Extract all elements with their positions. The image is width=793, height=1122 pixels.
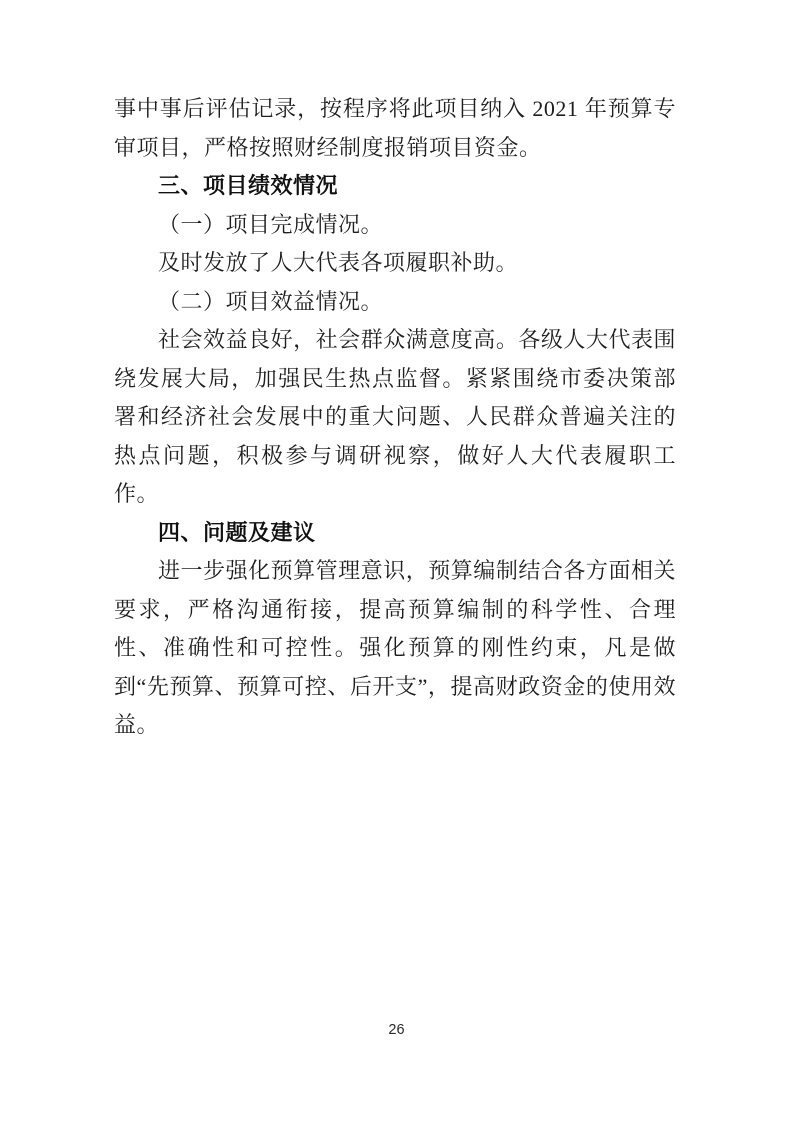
sub-heading-3-1: （一）项目完成情况。 [114,206,676,245]
document-page: 事中事后评估记录，按程序将此项目纳入 2021 年预算专审项目，严格按照财经制度… [0,0,793,1122]
document-body: 事中事后评估记录，按程序将此项目纳入 2021 年预算专审项目，严格按照财经制度… [114,90,676,745]
page-number: 26 [388,1022,404,1038]
paragraph-continuation: 事中事后评估记录，按程序将此项目纳入 2021 年预算专审项目，严格按照财经制度… [114,90,676,167]
page-footer: 26 [0,1021,793,1039]
paragraph-benefit-status: 社会效益良好，社会群众满意度高。各级人大代表围绕发展大局，加强民生热点监督。紧紧… [114,321,676,514]
section-heading-4: 四、问题及建议 [114,514,676,553]
section-heading-3: 三、项目绩效情况 [114,167,676,206]
paragraph-suggestions: 进一步强化预算管理意识，预算编制结合各方面相关要求，严格沟通衔接，提高预算编制的… [114,552,676,745]
paragraph-completion-status: 及时发放了人大代表各项履职补助。 [114,244,676,283]
sub-heading-3-2: （二）项目效益情况。 [114,283,676,322]
